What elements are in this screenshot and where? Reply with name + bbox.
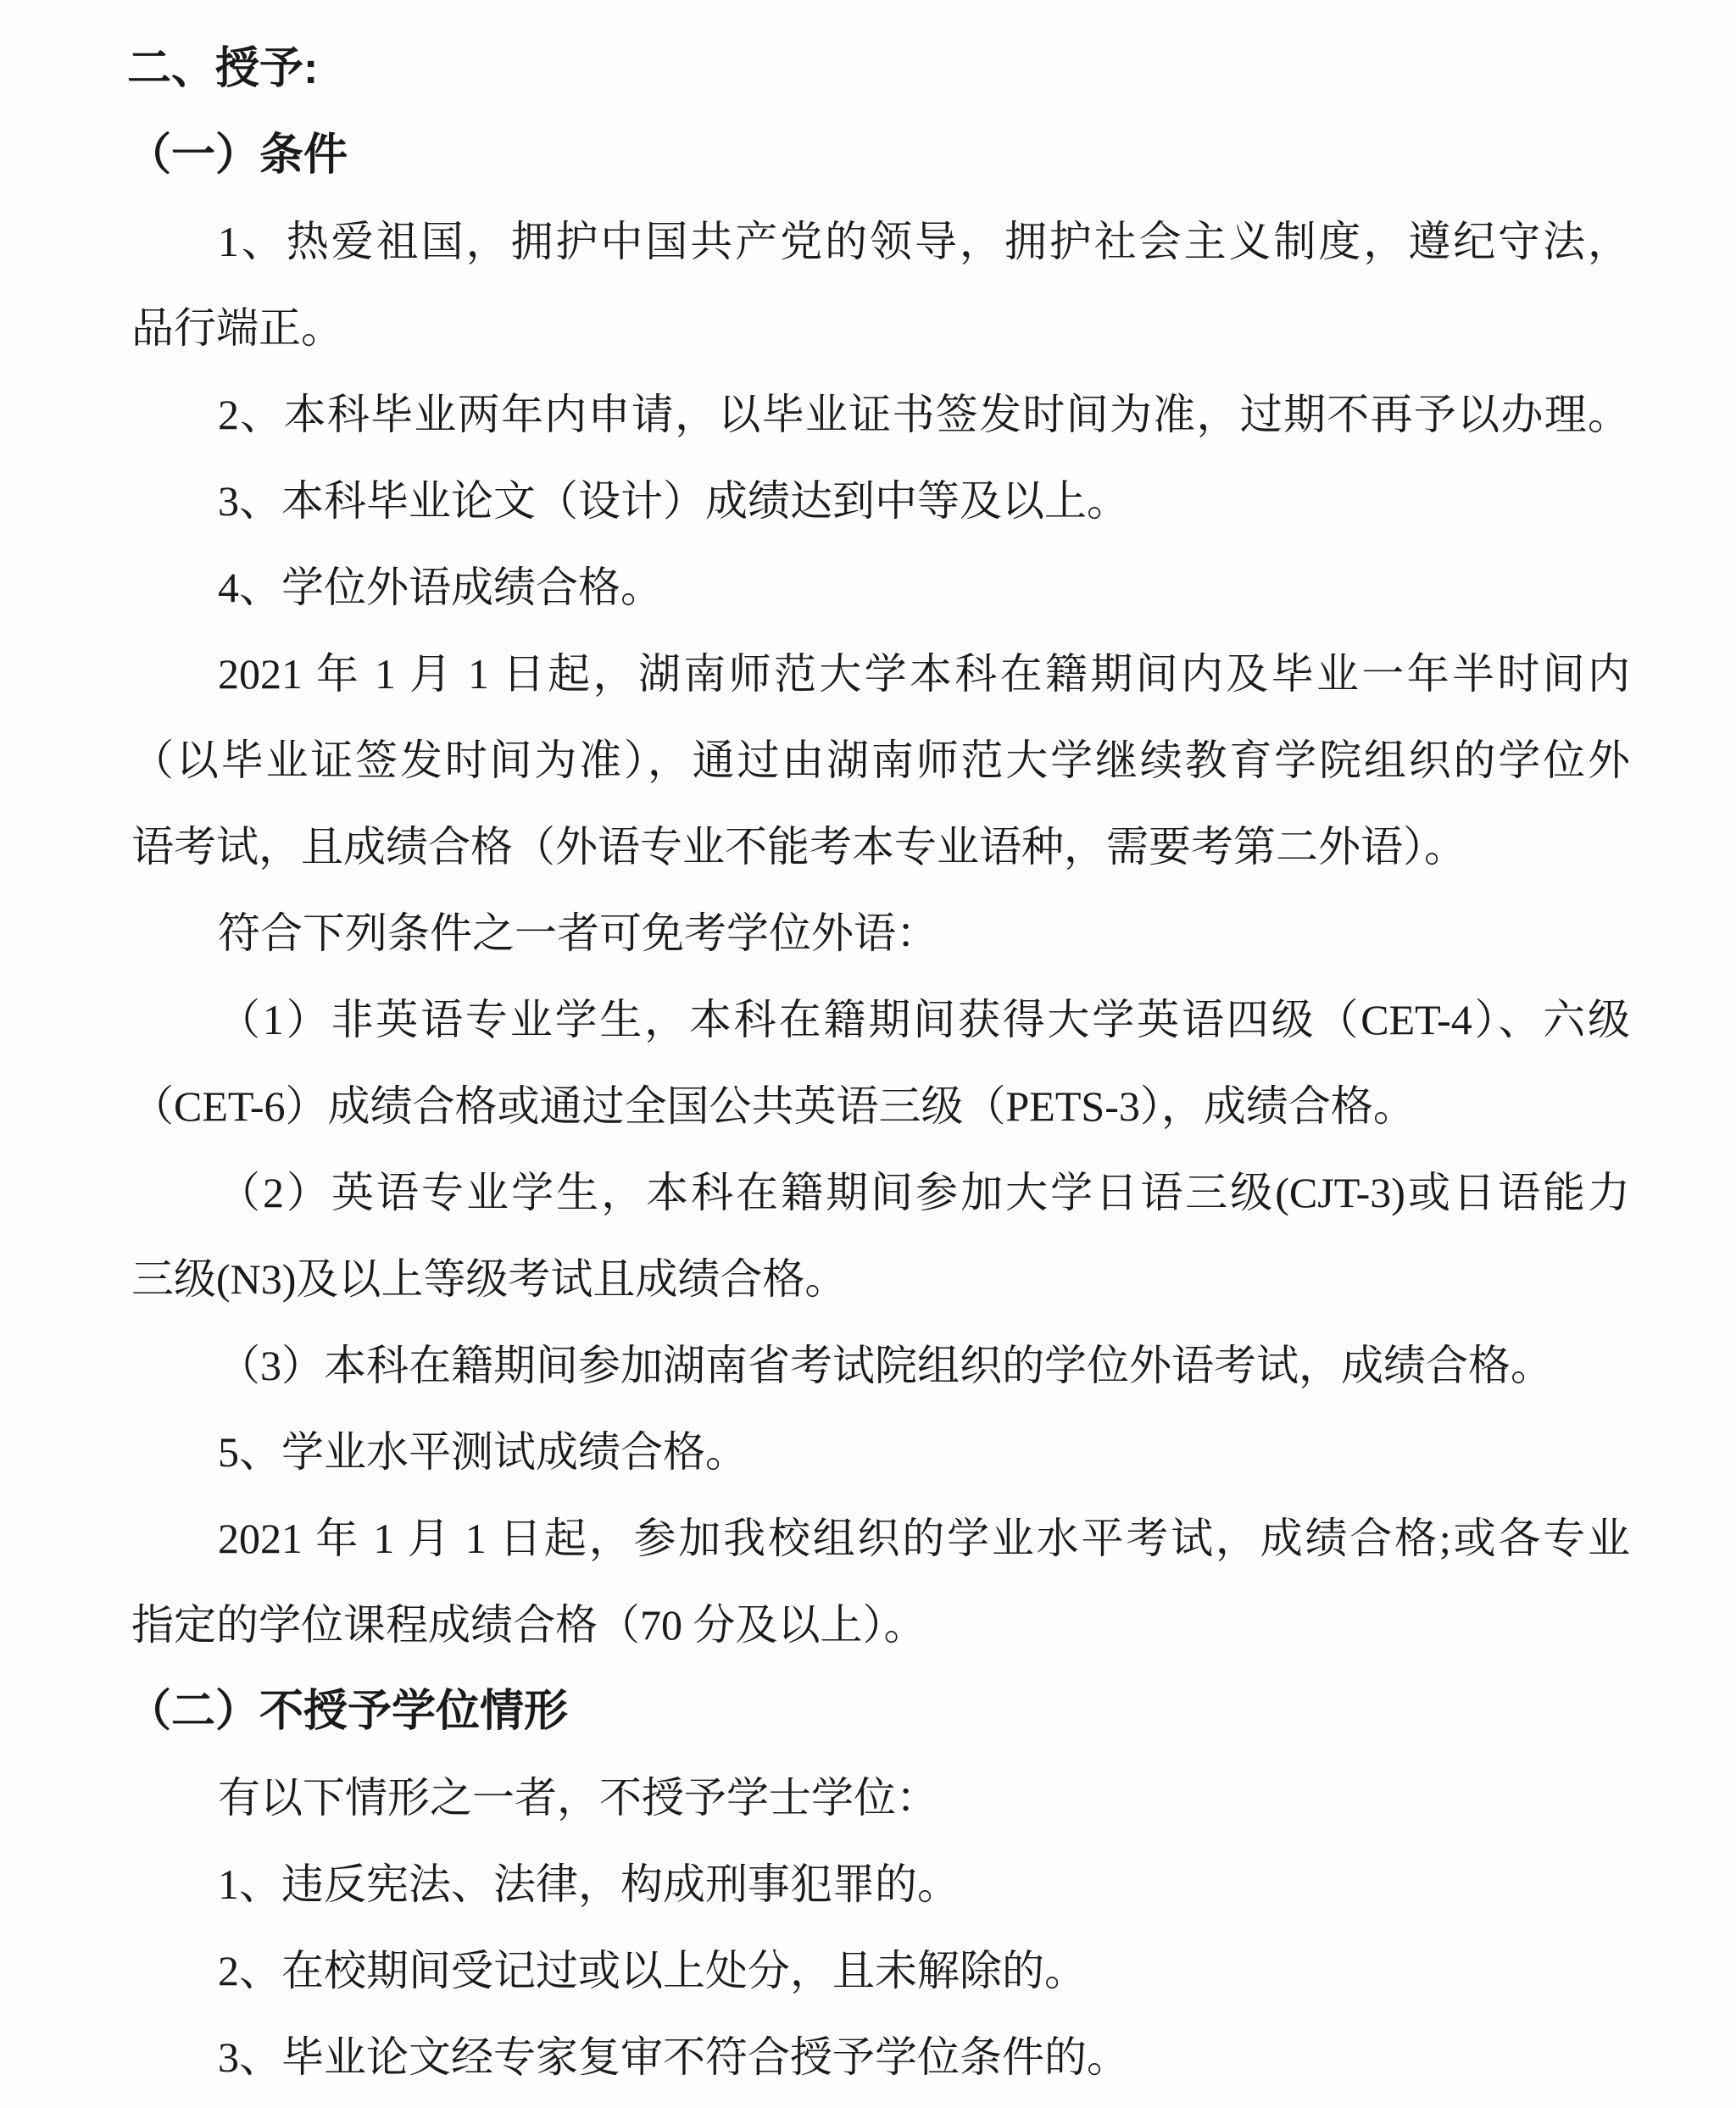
academic-level-policy-line-2: 指定的学位课程成绩合格（70 分及以上）。 <box>131 1582 1630 1668</box>
degree-language-policy-line-3: 语考试，且成绩合格（外语专业不能考本专业语种，需要考第二外语）。 <box>131 804 1630 890</box>
subsection-heading-conditions: （一）条件 <box>127 112 1630 198</box>
academic-level-policy-line-1: 2021 年 1 月 1 日起，参加我校组织的学业水平考试，成绩合格;或各专业 <box>131 1495 1630 1582</box>
condition-4: 4、学位外语成绩合格。 <box>131 544 1630 631</box>
condition-1-line-1: 1、热爱祖国，拥护中国共产党的领导，拥护社会主义制度，遵纪守法， <box>131 198 1630 285</box>
degree-language-policy-line-1: 2021 年 1 月 1 日起，湖南师范大学本科在籍期间内及毕业一年半时间内 <box>131 631 1630 717</box>
exemption-intro: 符合下列条件之一者可免考学位外语： <box>131 890 1630 976</box>
degree-language-policy-line-2: （以毕业证签发时间为准），通过由湖南师范大学继续教育学院组织的学位外 <box>131 717 1630 804</box>
exemption-2-line-1: （2）英语专业学生，本科在籍期间参加大学日语三级(CJT-3)或日语能力 <box>131 1149 1630 1236</box>
exemption-3: （3）本科在籍期间参加湖南省考试院组织的学位外语考试，成绩合格。 <box>131 1322 1630 1409</box>
condition-5: 5、学业水平测试成绩合格。 <box>131 1409 1630 1495</box>
no-degree-intro: 有以下情形之一者，不授予学士学位： <box>131 1755 1630 1841</box>
exemption-2-line-2: 三级(N3)及以上等级考试且成绩合格。 <box>131 1236 1630 1322</box>
exemption-1-line-1: （1）非英语专业学生，本科在籍期间获得大学英语四级（CET-4）、六级 <box>131 976 1630 1063</box>
condition-2: 2、本科毕业两年内申请，以毕业证书签发时间为准，过期不再予以办理。 <box>131 371 1630 458</box>
condition-1-line-2: 品行端正。 <box>131 285 1630 371</box>
no-degree-case-1: 1、违反宪法、法律，构成刑事犯罪的。 <box>131 1841 1630 1927</box>
subsection-heading-no-degree: （二）不授予学位情形 <box>127 1668 1630 1755</box>
exemption-1-line-2: （CET-6）成绩合格或通过全国公共英语三级（PETS-3），成绩合格。 <box>131 1063 1630 1149</box>
section-heading-award: 二、授予: <box>127 25 1630 112</box>
condition-3: 3、本科毕业论文（设计）成绩达到中等及以上。 <box>131 458 1630 544</box>
no-degree-case-2: 2、在校期间受记过或以上处分，且未解除的。 <box>131 1927 1630 2014</box>
document-page: 二、授予: （一）条件 1、热爱祖国，拥护中国共产党的领导，拥护社会主义制度，遵… <box>0 0 1736 2108</box>
no-degree-case-3: 3、毕业论文经专家复审不符合授予学位条件的。 <box>131 2014 1630 2100</box>
